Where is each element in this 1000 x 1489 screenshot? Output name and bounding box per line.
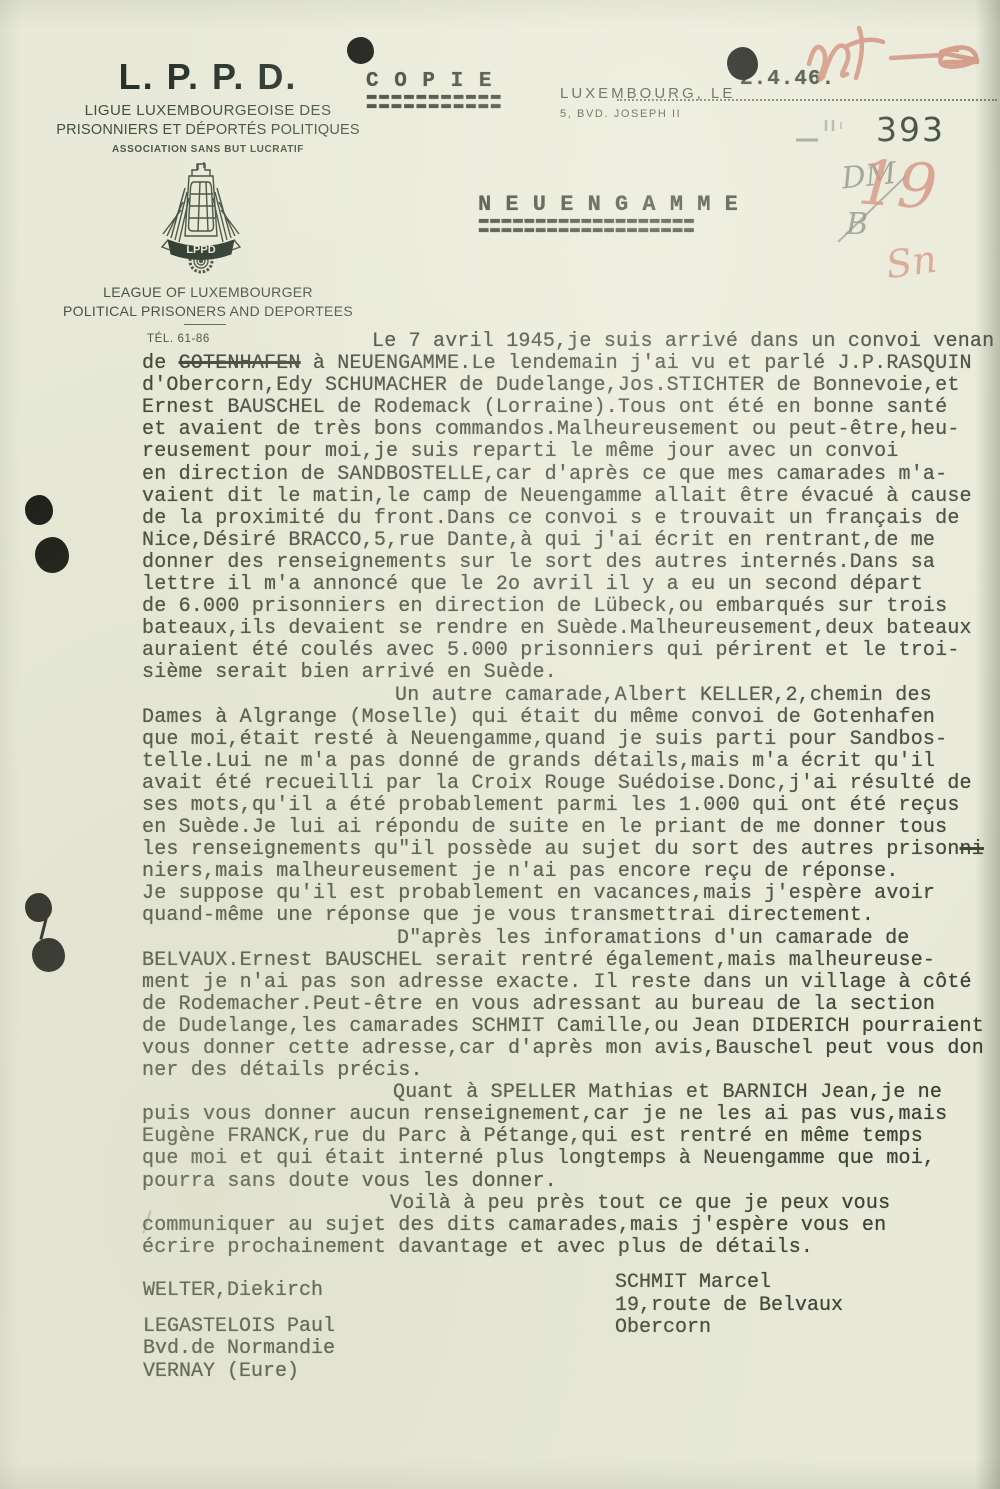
body-line: que moi et qui était interné plus longte… xyxy=(142,1148,994,1170)
date-rule xyxy=(617,99,997,101)
body-line: ner des détails précis. xyxy=(142,1060,994,1082)
red-pencil-number: 19 xyxy=(856,145,940,223)
signature-line: WELTER,Diekirch xyxy=(143,1280,335,1303)
body-line: les renseignements qu"il possède au suje… xyxy=(142,839,994,861)
body-line: Voilà à peu près tout ce que je peux vou… xyxy=(142,1193,994,1215)
body-line: ses mots,qu'il a été probablement parmi … xyxy=(142,795,994,817)
letterhead: L. P. P. D. LIGUE LUXEMBOURGEOISE DES PR… xyxy=(38,56,378,155)
body-line: D"après les inforamations d'un camarade … xyxy=(142,928,994,950)
org-en-line1: LEAGUE OF LUXEMBOURGER xyxy=(38,283,378,302)
body-line: niers,mais malheureusement je n'ai pas e… xyxy=(142,861,994,883)
body-line: avait été recueilli par la Croix Rouge S… xyxy=(142,773,994,795)
body-line: sième serait bien arrivé en Suède. xyxy=(142,662,994,684)
emblem-icon: LPPD xyxy=(158,158,244,276)
ink-blot xyxy=(25,893,52,922)
ink-blot xyxy=(347,37,374,64)
body-line: et avaient de très bons commandos.Malheu… xyxy=(142,419,994,441)
signature-block-left: WELTER,Diekirch LEGASTELOIS Paul Bvd.de … xyxy=(143,1280,335,1383)
signature-line: Obercorn xyxy=(615,1317,843,1340)
street-address: 5, BVD. JOSEPH II xyxy=(560,108,681,120)
body-line: bateaux,ils devaient se rendre en Suède.… xyxy=(142,618,994,640)
paragraph: Voilà à peu près tout ce que je peux vou… xyxy=(142,1193,994,1259)
body-line: Dames à Algrange (Moselle) qui était du … xyxy=(142,707,994,729)
signature-line: 19,route de Belvaux xyxy=(615,1295,843,1318)
letterhead-divider xyxy=(184,324,226,325)
org-subtitle: ASSOCIATION SANS BUT LUCRATIF xyxy=(38,144,378,155)
body-line: Je suppose qu'il est probablement en vac… xyxy=(142,883,994,905)
letter-body: Le 7 avril 1945,je suis arrivé dans un c… xyxy=(142,331,994,1259)
org-abbreviation: L. P. P. D. xyxy=(38,56,378,98)
body-line: en Suède.Je lui ai répondu de suite en l… xyxy=(142,817,994,839)
body-line: pourra sans doute vous les donner. xyxy=(142,1171,994,1193)
paragraph: Un autre camarade,Albert KELLER,2,chemin… xyxy=(142,685,994,928)
body-line: Eugène FRANCK,rue du Parc à Pétange,qui … xyxy=(142,1126,994,1148)
body-line: Nice,Désiré BRACCO,5,rue Dante,à qui j'a… xyxy=(142,530,994,552)
red-pencil-initials: Sn xyxy=(883,237,939,288)
org-en-line2: POLITICAL PRISONERS AND DEPORTEES xyxy=(38,302,378,321)
body-line: lettre il m'a annoncé que le 2o avril il… xyxy=(142,574,994,596)
file-number-stamp: 393 xyxy=(876,110,945,149)
signature-line: Bvd.de Normandie xyxy=(143,1338,335,1361)
signature-line: SCHMIT Marcel xyxy=(615,1272,843,1295)
paragraph: D"après les inforamations d'un camarade … xyxy=(142,928,994,1083)
body-line: d'Obercorn,Edy SCHUMACHER de Dudelange,J… xyxy=(142,375,994,397)
paragraph: Quant à SPELLER Mathias et BARNICH Jean,… xyxy=(142,1082,994,1192)
signature-line: VERNAY (Eure) xyxy=(143,1361,335,1384)
body-line: reusement pour moi,je suis reparti le mê… xyxy=(142,441,994,463)
body-line: Le 7 avril 1945,je suis arrivé dans un c… xyxy=(142,331,994,353)
body-line: de 6.000 prisonniers en direction de Lüb… xyxy=(142,596,994,618)
signature-line: LEGASTELOIS Paul xyxy=(143,1316,335,1339)
red-pencil-scribble xyxy=(795,12,995,90)
body-line: que moi,était resté à Neuengamme,quand j… xyxy=(142,729,994,751)
title-underline: =================== xyxy=(478,219,738,237)
signature-block-right: SCHMIT Marcel 19,route de Belvaux Oberco… xyxy=(615,1272,843,1340)
org-name-line2: PRISONNIERS ET DÉPORTÉS POLITIQUES xyxy=(38,122,378,138)
body-line: BELVAUX.Ernest BAUSCHEL serait rentré ég… xyxy=(142,950,994,972)
body-line: Ernest BAUSCHEL de Rodemack (Lorraine).T… xyxy=(142,397,994,419)
body-line: Un autre camarade,Albert KELLER,2,chemin… xyxy=(142,685,994,707)
ink-blot xyxy=(727,47,758,80)
body-line: de Rodemacher.Peut-être en vous adressan… xyxy=(142,994,994,1016)
copy-underline: =========== xyxy=(366,95,502,113)
ink-blot xyxy=(32,938,65,972)
body-line: auraient été coulés avec 5.000 prisonnie… xyxy=(142,640,994,662)
document-title-block: N E U E N G A M M E =================== xyxy=(478,192,738,229)
body-line: Quant à SPELLER Mathias et BARNICH Jean,… xyxy=(142,1082,994,1104)
body-line: de GOTENHAFEN à NEUENGAMME.Le lendemain … xyxy=(142,353,994,375)
body-line: quand-même une réponse que je vous trans… xyxy=(142,905,994,927)
org-name-line1: LIGUE LUXEMBOURGEOISE DES xyxy=(38,102,378,119)
body-line: donner des renseignements sur le sort de… xyxy=(142,552,994,574)
body-line: vous donner cette adresse,car d'après mo… xyxy=(142,1038,994,1060)
lppd-emblem: LPPD xyxy=(158,158,244,276)
body-line: de la proximité du front.Dans ce convoi … xyxy=(142,508,994,530)
body-line: puis vous donner aucun renseignement,car… xyxy=(142,1104,994,1126)
body-line: de Dudelange,les camarades SCHMIT Camill… xyxy=(142,1016,994,1038)
org-english-name: LEAGUE OF LUXEMBOURGER POLITICAL PRISONE… xyxy=(38,283,378,321)
copy-label-block: C O P I E =========== xyxy=(366,70,502,105)
ink-blot xyxy=(25,495,53,525)
body-line: en direction de SANDBOSTELLE,car d'après… xyxy=(142,464,994,486)
body-line: vaient dit le matin,le camp de Neuengamm… xyxy=(142,486,994,508)
ink-blot xyxy=(35,537,69,573)
faint-stamp-marks xyxy=(793,112,865,148)
body-line: écrire prochainement davantage et avec p… xyxy=(142,1237,994,1259)
paragraph: Le 7 avril 1945,je suis arrivé dans un c… xyxy=(142,331,994,685)
document-page: L. P. P. D. LIGUE LUXEMBOURGEOISE DES PR… xyxy=(0,0,1000,1489)
body-line: communiquer au sujet des dits camarades,… xyxy=(142,1215,994,1237)
body-line: telle.Lui ne m'a pas donné de grands dét… xyxy=(142,751,994,773)
body-line: ment je n'ai pas son adresse exacte. Il … xyxy=(142,972,994,994)
emblem-label: LPPD xyxy=(186,244,215,256)
